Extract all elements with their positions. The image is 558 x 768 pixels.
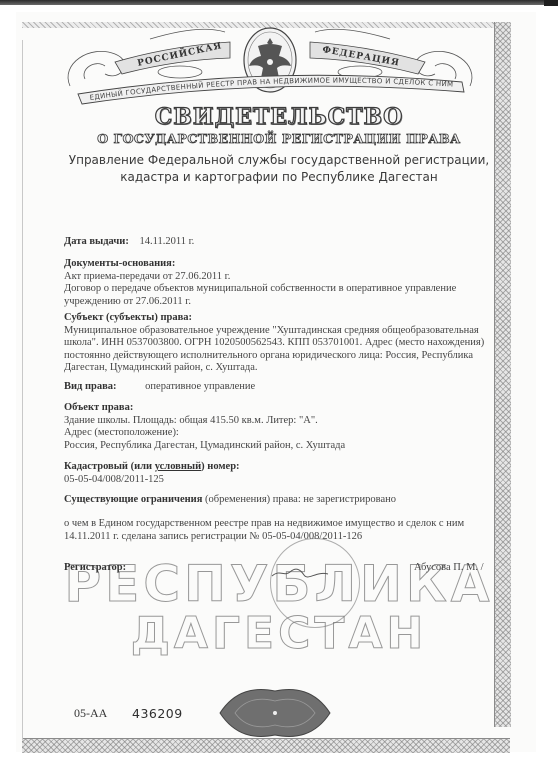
rights-subject: Субъект (субъекты) права: Муниципальное … <box>64 312 512 375</box>
right-type: Вид права: оперативное управление <box>64 381 504 394</box>
serial-series: 05-АА <box>74 706 107 721</box>
issue-date: Дата выдачи: 14.11.2011 г. <box>64 236 504 249</box>
serial-number: 436209 <box>132 706 183 721</box>
encumbrances-label: Существующие ограничения <box>64 494 202 505</box>
issuing-authority: Управление Федеральной службы государств… <box>30 152 528 186</box>
basis-document-1: Акт приема-передачи от 27.06.2011 г. <box>64 271 504 284</box>
object-address: Россия, Республика Дагестан, Цумадинский… <box>64 440 504 453</box>
header-banner: РОССИЙСКАЯ ФЕДЕРАЦИЯ ЕДИНЫЙ ГОСУДАРСТВЕН… <box>60 24 480 106</box>
encumbrances-value: не зарегистрировано <box>301 494 396 505</box>
encumbrances-label-rest: (обременения) права: <box>202 494 300 505</box>
rights-object-label: Объект права: <box>64 402 504 415</box>
rights-subject-text: Муниципальное образовательное учреждение… <box>64 325 512 375</box>
cadastral-value: 05-05-04/008/2011-125 <box>64 474 504 487</box>
registrar-label: Регистратор: <box>64 562 126 573</box>
signature-icon <box>270 567 330 579</box>
cadastral-label: Кадастровый (или условный) номер: <box>64 461 504 474</box>
basis-document-2: Договор о передаче объектов муниципально… <box>64 283 504 308</box>
certificate-title: СВИДЕТЕЛЬСТВО <box>0 104 558 130</box>
rights-object: Объект права: Здание школы. Площадь: общ… <box>64 402 504 452</box>
authority-line-2: кадастра и картографии по Республике Даг… <box>30 169 528 186</box>
cadastral-number: Кадастровый (или условный) номер: 05-05-… <box>64 461 504 486</box>
scan-corner <box>544 0 558 6</box>
right-type-value: оперативное управление <box>145 381 255 394</box>
basis-documents: Документы-основания: Акт приема-передачи… <box>64 258 504 308</box>
security-rosette-icon <box>215 685 335 741</box>
issue-date-value: 14.11.2011 г. <box>139 236 194 247</box>
registration-note-line-1: о чем в Едином государственном реестре п… <box>64 518 512 531</box>
encumbrances: Существующие ограничения (обременения) п… <box>64 494 504 507</box>
registration-note-line-2: 14.11.2011 г. сделана запись регистрации… <box>64 531 512 544</box>
certificate-subtitle: О ГОСУДАРСТВЕННОЙ РЕГИСТРАЦИИ ПРАВА <box>0 131 558 146</box>
rights-object-description: Здание школы. Площадь: общая 415.50 кв.м… <box>64 415 504 428</box>
stamp-text-line-2: ДАГЕСТАН <box>0 608 558 659</box>
address-label: Адрес (местоположение): <box>64 427 504 440</box>
cadastral-label-c: ) номер: <box>201 461 239 472</box>
registration-note: о чем в Едином государственном реестре п… <box>64 518 512 543</box>
cadastral-label-a: Кадастровый (или <box>64 461 155 472</box>
authority-line-1: Управление Федеральной службы государств… <box>30 152 528 169</box>
cadastral-label-b: условный <box>155 461 201 472</box>
right-type-label: Вид права: <box>64 381 117 394</box>
basis-documents-label: Документы-основания: <box>64 258 504 271</box>
scan-edge <box>0 0 558 5</box>
registrar-name: Абусова П. М. / <box>414 562 484 575</box>
issue-date-label: Дата выдачи: <box>64 236 129 249</box>
rights-subject-label: Субъект (субъекты) права: <box>64 312 512 325</box>
